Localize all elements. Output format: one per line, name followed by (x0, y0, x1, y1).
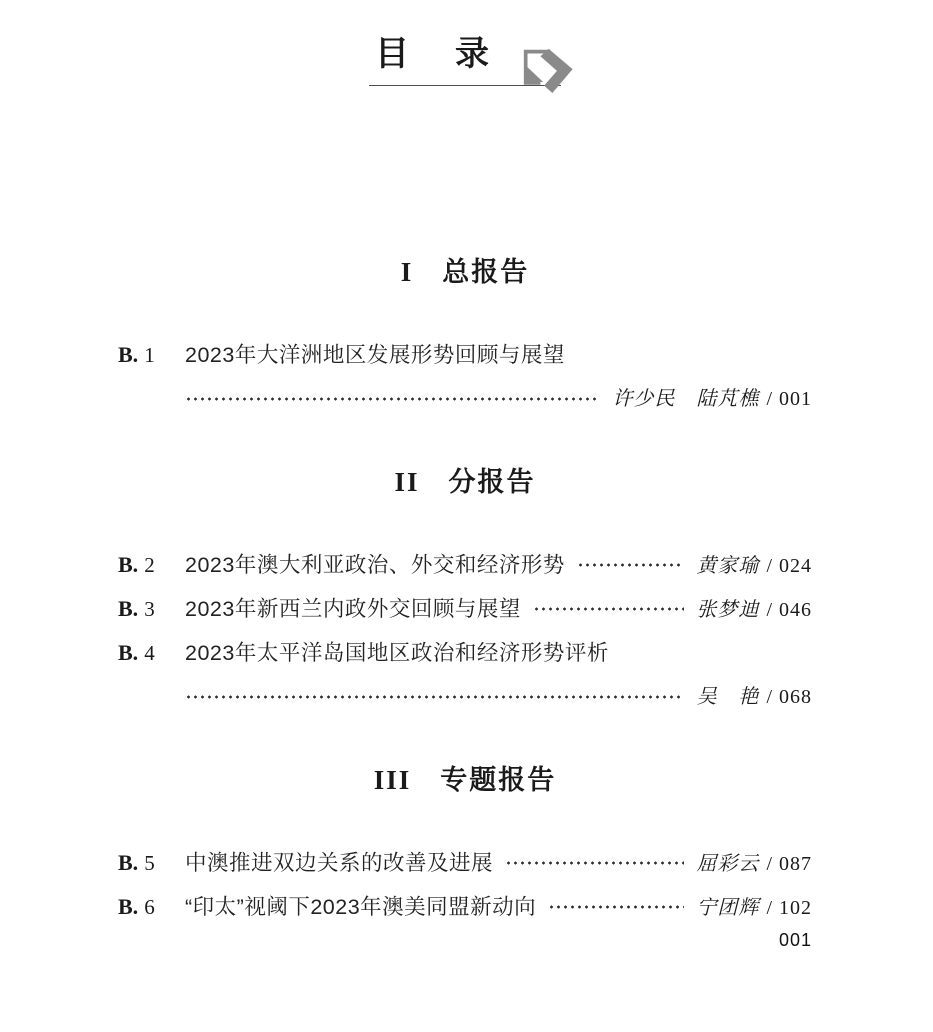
entry-authors: 宁团辉 (696, 886, 759, 930)
entry-title-line: B.1 2023年大洋洲地区发展形势回顾与展望 (118, 333, 812, 377)
entry-page-number: 102 (779, 886, 812, 930)
entry-label-prefix: B. (118, 342, 138, 367)
toc-entry-b3: B.3 2023年新西兰内政外交回顾与展望 张梦迪 / 046 (118, 587, 812, 631)
toc-page: 目 录 I 总报告 B.1 2023年大洋洲地区发展形势回顾与展望 许少民 陆芃… (0, 0, 933, 1032)
entry-authors: 黄家瑜 (696, 544, 759, 588)
entry-label: B.5 (118, 841, 185, 885)
page-separator: / (766, 675, 772, 719)
entry-label-prefix: B. (118, 552, 138, 577)
section-heading-1: I 总报告 (118, 254, 812, 290)
entry-label-index: 3 (144, 597, 155, 621)
entry-author-line: 许少民 陆芃樵 / 001 (185, 377, 812, 421)
page-turn-arrow-icon (515, 47, 575, 93)
toc-entry-b1: B.1 2023年大洋洲地区发展形势回顾与展望 许少民 陆芃樵 / 001 (118, 333, 812, 421)
section-general-report: I 总报告 B.1 2023年大洋洲地区发展形势回顾与展望 许少民 陆芃樵 / … (118, 254, 812, 421)
dot-leader (548, 903, 684, 911)
entry-label-index: 2 (144, 553, 155, 577)
entry-authors: 屈彩云 (696, 842, 759, 886)
page-header: 目 录 (118, 24, 812, 86)
entry-label: B.3 (118, 587, 185, 631)
entry-page-number: 046 (779, 588, 812, 632)
entry-label: B.2 (118, 543, 185, 587)
dot-leader (185, 693, 684, 701)
section-heading-3: III 专题报告 (118, 762, 812, 798)
entry-label-prefix: B. (118, 850, 138, 875)
section-sub-reports: II 分报告 B.2 2023年澳大利亚政治、外交和经济形势 黄家瑜 / 024… (118, 464, 812, 719)
section-heading-2: II 分报告 (118, 464, 812, 500)
entry-title-line: B.4 2023年太平洋岛国地区政治和经济形势评析 (118, 631, 812, 675)
entry-label-prefix: B. (118, 596, 138, 621)
entry-label: B.6 (118, 885, 185, 929)
entry-label-index: 1 (144, 343, 155, 367)
page-separator: / (766, 544, 772, 588)
dot-leader (577, 561, 685, 569)
entry-label: B.1 (118, 333, 185, 377)
entry-title: “印太”视阈下2023年澳美同盟新动向 (185, 885, 536, 929)
entry-page-number: 024 (779, 544, 812, 588)
entry-label-index: 4 (144, 641, 155, 665)
entry-label-index: 5 (144, 851, 155, 875)
page-separator: / (766, 886, 772, 930)
entry-label-prefix: B. (118, 894, 138, 919)
page-separator: / (766, 377, 772, 421)
entry-authors: 许少民 陆芃樵 (612, 377, 759, 421)
entry-page-number: 001 (779, 377, 812, 421)
entry-authors: 吴 艳 (696, 675, 759, 719)
section-special-reports: III 专题报告 B.5 中澳推进双边关系的改善及进展 屈彩云 / 087 B.… (118, 762, 812, 929)
toc-entry-b5: B.5 中澳推进双边关系的改善及进展 屈彩云 / 087 (118, 841, 812, 885)
dot-leader (533, 605, 685, 613)
entry-title: 2023年大洋洲地区发展形势回顾与展望 (185, 333, 565, 377)
page-separator: / (766, 588, 772, 632)
entry-page-number: 068 (779, 675, 812, 719)
toc-entry-b4: B.4 2023年太平洋岛国地区政治和经济形势评析 吴 艳 / 068 (118, 631, 812, 719)
toc-entry-b2: B.2 2023年澳大利亚政治、外交和经济形势 黄家瑜 / 024 (118, 543, 812, 587)
entry-label-prefix: B. (118, 640, 138, 665)
entry-author-line: 吴 艳 / 068 (185, 675, 812, 719)
dot-leader (505, 859, 684, 867)
page-separator: / (766, 842, 772, 886)
toc-entry-b6: B.6 “印太”视阈下2023年澳美同盟新动向 宁团辉 / 102 (118, 885, 812, 929)
entry-authors: 张梦迪 (696, 588, 759, 632)
dot-leader (185, 395, 600, 403)
entry-title: 2023年太平洋岛国地区政治和经济形势评析 (185, 631, 609, 675)
folio-page-number: 001 (779, 930, 812, 951)
entry-label: B.4 (118, 631, 185, 675)
title-block: 目 录 (369, 24, 561, 86)
entry-page-number: 087 (779, 842, 812, 886)
entry-label-index: 6 (144, 895, 155, 919)
entry-title: 2023年新西兰内政外交回顾与展望 (185, 587, 521, 631)
entry-title: 2023年澳大利亚政治、外交和经济形势 (185, 543, 565, 587)
entry-title: 中澳推进双边关系的改善及进展 (185, 841, 493, 885)
page-title: 目 录 (375, 26, 495, 75)
